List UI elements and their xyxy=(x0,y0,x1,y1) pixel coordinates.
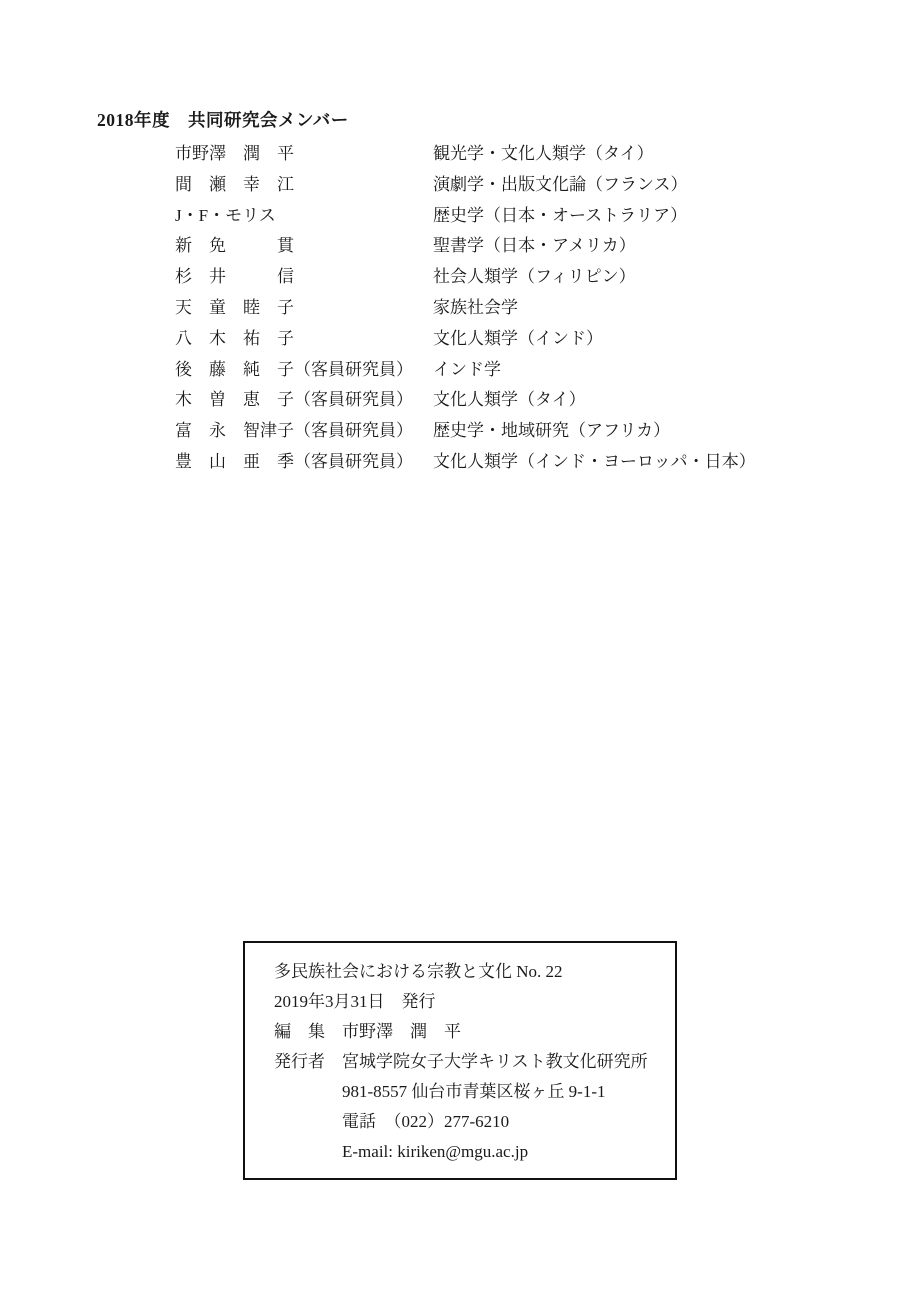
member-specialty: 文化人類学（インド） xyxy=(433,324,603,349)
member-specialty: 家族社会学 xyxy=(433,293,518,318)
member-specialty: 文化人類学（インド・ヨーロッパ・日本） xyxy=(433,447,756,472)
member-row: 豊 山 亜 季（客員研究員） 文化人類学（インド・ヨーロッパ・日本） xyxy=(175,447,795,478)
member-name: 後 藤 純 子（客員研究員） xyxy=(175,355,433,380)
member-row: 木 曽 恵 子（客員研究員） 文化人類学（タイ） xyxy=(175,385,795,416)
issue-date-line: 2019年3月31日 発行 xyxy=(274,987,665,1017)
member-row: 市野澤 潤 平 観光学・文化人類学（タイ） xyxy=(175,139,795,170)
member-row: 天 童 睦 子 家族社会学 xyxy=(175,293,795,324)
member-specialty: 歴史学（日本・オーストラリア） xyxy=(433,201,687,226)
colophon-box: 多民族社会における宗教と文化 No. 22 2019年3月31日 発行 編 集 … xyxy=(243,941,677,1180)
member-row: 後 藤 純 子（客員研究員） インド学 xyxy=(175,355,795,386)
member-name: J・F・モリス xyxy=(175,201,433,226)
member-row: 新 免 貫 聖書学（日本・アメリカ） xyxy=(175,231,795,262)
member-name: 杉 井 信 xyxy=(175,262,433,287)
member-specialty: 社会人類学（フィリピン） xyxy=(433,262,636,287)
member-name: 木 曽 恵 子（客員研究員） xyxy=(175,385,433,410)
member-name: 豊 山 亜 季（客員研究員） xyxy=(175,447,433,472)
member-row: 間 瀬 幸 江 演劇学・出版文化論（フランス） xyxy=(175,170,795,201)
member-specialty: 演劇学・出版文化論（フランス） xyxy=(433,170,688,195)
member-specialty: 歴史学・地域研究（アフリカ） xyxy=(433,416,670,441)
member-name: 新 免 貫 xyxy=(175,231,433,256)
member-row: J・F・モリス 歴史学（日本・オーストラリア） xyxy=(175,201,795,232)
publication-title: 多民族社会における宗教と文化 No. 22 xyxy=(274,957,665,987)
member-name: 天 童 睦 子 xyxy=(175,293,433,318)
member-name: 八 木 祐 子 xyxy=(175,324,433,349)
member-row: 八 木 祐 子 文化人類学（インド） xyxy=(175,324,795,355)
member-list: 市野澤 潤 平 観光学・文化人類学（タイ） 間 瀬 幸 江 演劇学・出版文化論（… xyxy=(175,139,795,478)
page-title: 2018年度 共同研究会メンバー xyxy=(97,107,349,132)
member-name: 富 永 智津子（客員研究員） xyxy=(175,416,433,441)
member-specialty: 聖書学（日本・アメリカ） xyxy=(433,231,636,256)
member-specialty: 文化人類学（タイ） xyxy=(433,385,586,410)
phone-line: 電話 （022）277-6210 xyxy=(274,1107,665,1137)
document-page: 2018年度 共同研究会メンバー 市野澤 潤 平 観光学・文化人類学（タイ） 間… xyxy=(0,0,917,1296)
member-row: 杉 井 信 社会人類学（フィリピン） xyxy=(175,262,795,293)
member-specialty: 観光学・文化人類学（タイ） xyxy=(433,139,654,164)
member-row: 富 永 智津子（客員研究員） 歴史学・地域研究（アフリカ） xyxy=(175,416,795,447)
editor-line: 編 集 市野澤 潤 平 xyxy=(274,1017,665,1047)
member-name: 間 瀬 幸 江 xyxy=(175,170,433,195)
address-line: 981-8557 仙台市青葉区桜ヶ丘 9-1-1 xyxy=(274,1077,665,1107)
email-line: E-mail: kiriken@mgu.ac.jp xyxy=(274,1137,665,1167)
member-name: 市野澤 潤 平 xyxy=(175,139,433,164)
member-specialty: インド学 xyxy=(433,355,501,380)
publisher-line: 発行者 宮城学院女子大学キリスト教文化研究所 xyxy=(274,1047,665,1077)
